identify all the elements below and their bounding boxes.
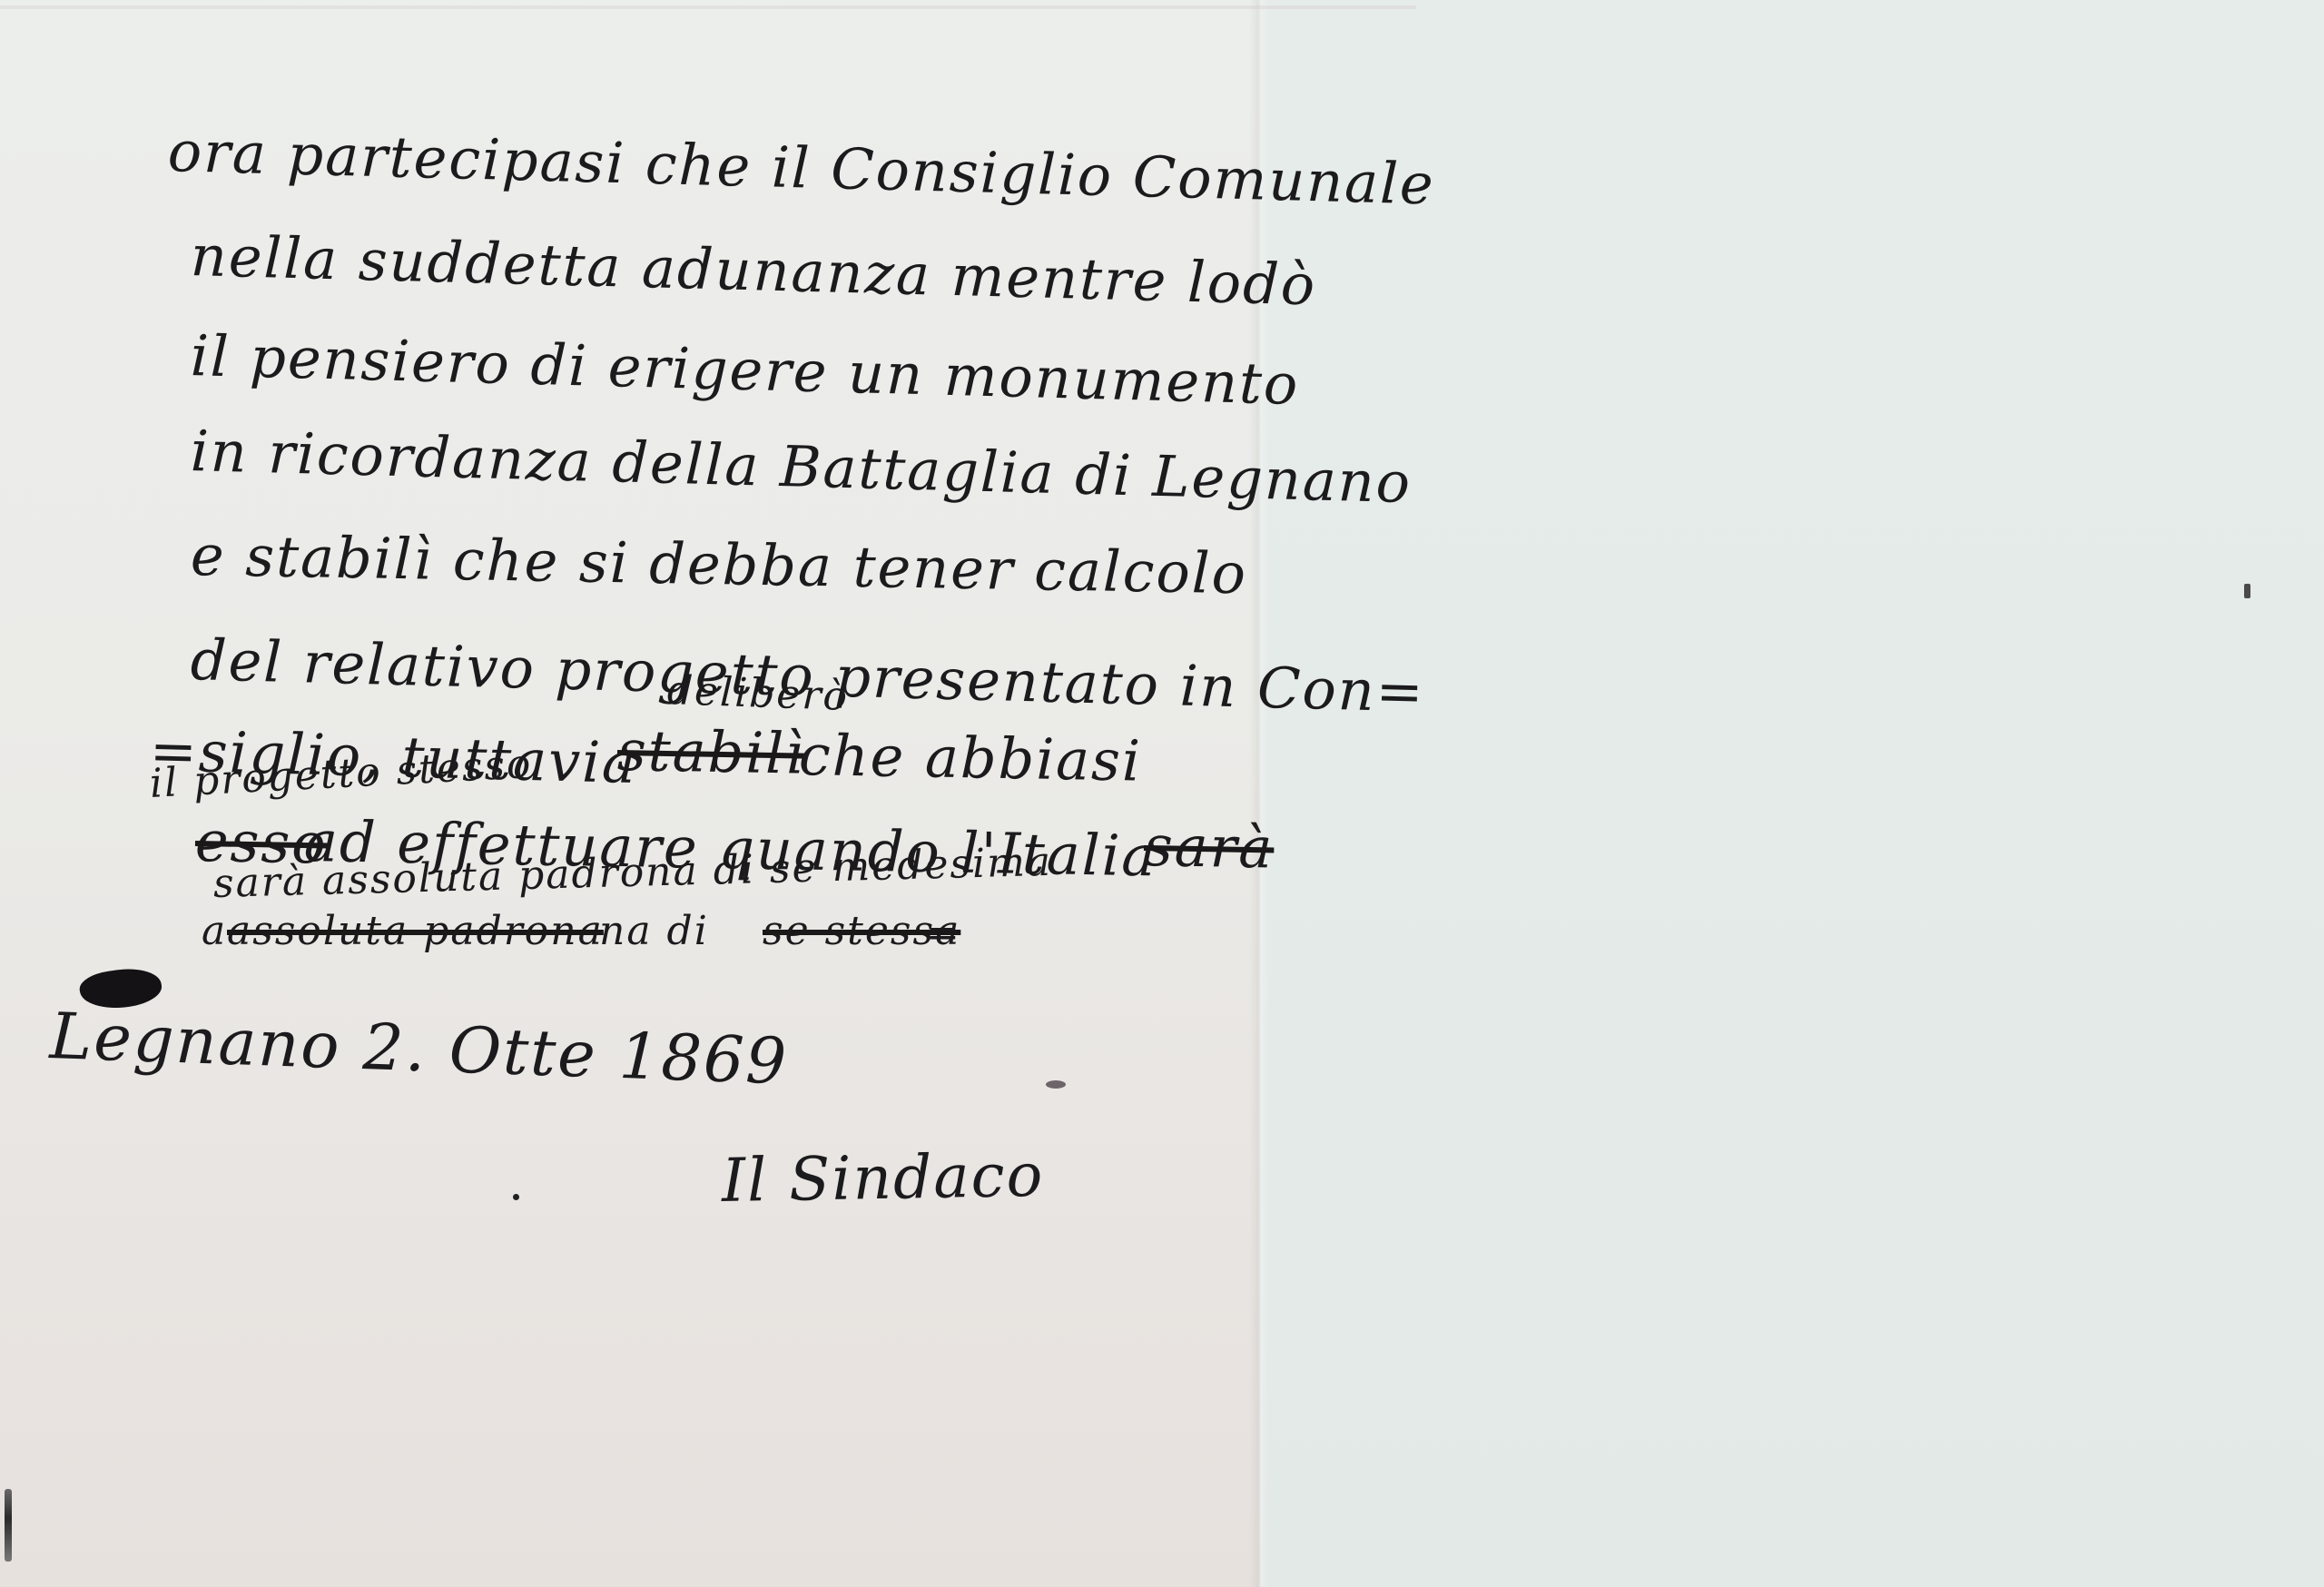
left-edge-mark (5, 1489, 12, 1562)
struck-assoluta-padrona: assoluta padrona (227, 908, 604, 954)
paper-top-edge (0, 5, 1416, 9)
struck-word-sara: sarà (1143, 813, 1275, 881)
document-scan: ora partecipasi che il Consiglio Comunal… (0, 0, 2324, 1587)
ink-speck (1046, 1080, 1066, 1089)
paper-mark (2244, 584, 2250, 598)
lower-line-suffix: = (926, 910, 961, 956)
page-fold (1249, 0, 1269, 1587)
lower-line-mid: na di (599, 908, 709, 954)
lower-line-prefix: a (202, 908, 227, 954)
insertion-deliberò: deliberò (666, 667, 850, 720)
letter-line-7b: che abbiasi (798, 722, 1142, 794)
struck-word-stabili: stabilì (616, 717, 805, 787)
right-page-blank (1260, 0, 2324, 1587)
signature-il-sindaco: Il Sindaco (721, 1140, 1045, 1216)
ink-dot (513, 1194, 519, 1200)
